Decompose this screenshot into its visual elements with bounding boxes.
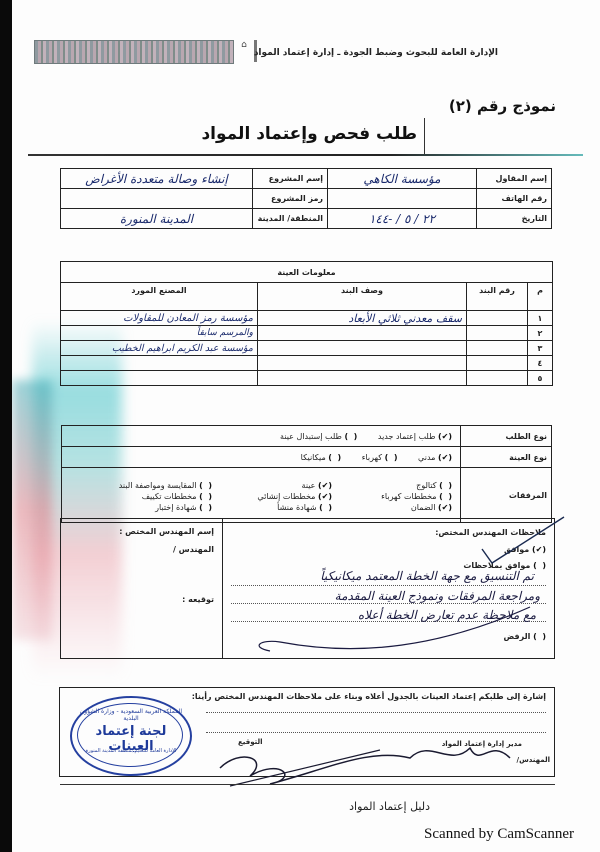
approval-stamp: المملكة العربية السعودية - وزارة الشؤون … [70, 696, 192, 776]
attachment-test-certificate[interactable]: ( ) شهادة إختبار [62, 503, 212, 512]
signature-label: توقيعه : [182, 595, 214, 604]
sample-type-options: (✔) مدني ( ) كهرباء ( ) ميكانيكا [62, 447, 461, 468]
option-civil[interactable]: (✔) مدني [418, 453, 452, 462]
sample-caption: معلومات العينة [61, 262, 553, 283]
sample-info-table: معلومات العينة م رقم البند وصف البند الم… [60, 261, 553, 386]
option-replace-sample[interactable]: ( ) طلب إستبدال عينة [280, 432, 357, 441]
empty-checkbox-icon: ( ) [439, 492, 452, 501]
contractor-label: إسم المقاول [477, 169, 552, 189]
empty-checkbox-icon: ( ) [328, 453, 341, 462]
table-row: ٣ مؤسسة عبد الكريم ابراهيم الخطيب [61, 341, 553, 356]
option-label: طلب إستبدال عينة [280, 432, 342, 441]
table-row: ٥ [61, 371, 553, 386]
option-label: مدني [418, 453, 435, 462]
empty-checkbox-icon: ( ) [199, 492, 212, 501]
empty-checkbox-icon: ( ) [199, 481, 212, 490]
row-description [258, 341, 467, 356]
project-code-value [61, 189, 253, 209]
option-label: شهادة منشأ [277, 503, 316, 512]
engineer-label: المهندس / [173, 545, 214, 554]
row-index: ٥ [528, 371, 553, 386]
col-manufacturer-header: المصنع المورد [61, 283, 258, 311]
attachments-options: ( ) كتالوج (✔) عينة ( ) المقايسة ومواصفة… [62, 468, 461, 523]
attachment-structural-drawings[interactable]: (✔) مخططات إنشائي [212, 492, 332, 501]
stamp-top-text: المملكة العربية السعودية - وزارة الشؤون … [72, 708, 190, 722]
empty-checkbox-icon: ( ) [344, 432, 357, 441]
attachment-warranty[interactable]: (✔) الضمان [332, 503, 452, 512]
attachment-sample[interactable]: (✔) عينة [212, 481, 332, 490]
row-index: ١ [528, 311, 553, 326]
attachment-electrical-drawings[interactable]: ( ) مخططات كهرباء [332, 492, 452, 501]
option-label: المقايسة ومواصفة البند [119, 481, 197, 490]
engineer-notes-panel: ملاحظات المهندس المختص: (✔) موافق ( ) مو… [224, 519, 554, 658]
attachment-catalog[interactable]: ( ) كتالوج [332, 481, 452, 490]
title-rule [28, 154, 583, 156]
sample-type-label: نوع العينة [461, 447, 552, 468]
option-mechanical[interactable]: ( ) ميكانيكا [301, 453, 342, 462]
header-banner-image [34, 40, 234, 64]
notes-line [231, 585, 546, 586]
option-label: ميكانيكا [301, 453, 326, 462]
request-type-options: (✔) طلب إعتماد جديد ( ) طلب إستبدال عينة [62, 426, 461, 447]
handwriting-stroke [240, 587, 540, 657]
project-value: إنشاء وصالة متعددة الأغراض [61, 169, 253, 189]
option-label: شهادة إختبار [155, 503, 196, 512]
row-index: ٤ [528, 356, 553, 371]
director-signature [210, 728, 520, 788]
option-new-approval[interactable]: (✔) طلب إعتماد جديد [378, 432, 452, 441]
approval-line [206, 712, 546, 713]
color-stain-edge [12, 380, 52, 640]
check-stroke-icon [478, 513, 568, 573]
project-info-table: إسم المقاول مؤسسة الكاهي إسم المشروع إنش… [60, 168, 552, 229]
footer-rule [60, 784, 555, 785]
col-index-header: م [528, 283, 553, 311]
table-row: ٤ [61, 356, 553, 371]
col-item-code-header: رقم البند [467, 283, 528, 311]
approval-engineer-label: المهندس/ [517, 756, 550, 764]
engineer-notes-section: ملاحظات المهندس المختص: (✔) موافق ( ) مو… [60, 518, 555, 659]
checkmark-icon: (✔) [438, 503, 452, 512]
row-item-code [467, 311, 528, 326]
row-manufacturer: مؤسسة رمز المعادن للمقاولات [61, 311, 258, 326]
row-item-code [467, 326, 528, 341]
emblem-icon: ⌂ [238, 40, 250, 62]
option-label: مخططات إنشائي [257, 492, 315, 501]
row-manufacturer: مؤسسة عبد الكريم ابراهيم الخطيب [61, 341, 258, 356]
request-type-label: نوع الطلب [461, 426, 552, 447]
approval-text: إشارة إلى طلبكم إعتماد العينات بالجدول أ… [192, 692, 546, 701]
option-label: الضمان [411, 503, 436, 512]
project-code-label: رمز المشروع [253, 189, 328, 209]
option-label: كهرباء [362, 453, 382, 462]
row-description: سقف معدني ثلاثي الأبعاد [258, 311, 467, 326]
contractor-value: مؤسسة الكاهي [328, 169, 477, 189]
project-label: إسم المشروع [253, 169, 328, 189]
checkmark-icon: (✔) [438, 432, 452, 441]
row-manufacturer [61, 356, 258, 371]
attachment-bill-of-quantities[interactable]: ( ) المقايسة ومواصفة البند [62, 481, 212, 490]
checkmark-icon: (✔) [318, 481, 332, 490]
table-row: ٢ والمرسم سابقاً [61, 326, 553, 341]
row-item-code [467, 341, 528, 356]
option-electrical[interactable]: ( ) كهرباء [362, 453, 398, 462]
row-item-code [467, 356, 528, 371]
empty-checkbox-icon: ( ) [319, 503, 332, 512]
empty-checkbox-icon: ( ) [385, 453, 398, 462]
empty-checkbox-icon: ( ) [199, 503, 212, 512]
option-label: كتالوج [416, 481, 436, 490]
col-description-header: وصف البند [258, 283, 467, 311]
request-type-table: نوع الطلب (✔) طلب إعتماد جديد ( ) طلب إس… [61, 425, 552, 523]
stamp-bottom-text: الإدارة العامة للتعليم بمنطقة المدينة ال… [72, 748, 190, 754]
option-label: مخططات كهرباء [381, 492, 436, 501]
option-label: مخططات تكييف [142, 492, 197, 501]
approval-section: إشارة إلى طلبكم إعتماد العينات بالجدول أ… [59, 687, 555, 777]
row-index: ٢ [528, 326, 553, 341]
row-description [258, 371, 467, 386]
row-manufacturer: والمرسم سابقاً [61, 326, 258, 341]
form-number: نموذج رقم (٢) [449, 97, 556, 115]
option-label: طلب إعتماد جديد [378, 432, 436, 441]
region-label: المنطقة/ المدينة [253, 209, 328, 229]
checkmark-icon: (✔) [318, 492, 332, 501]
date-label: التاريخ [477, 209, 552, 229]
phone-value [328, 189, 477, 209]
organization-name: الإدارة العامة للبحوث وضبط الجودة ـ إدار… [254, 48, 498, 58]
engineer-name-panel: إسم المهندس المختص : المهندس / توقيعه : [61, 519, 223, 658]
checkmark-icon: (✔) [438, 453, 452, 462]
row-index: ٣ [528, 341, 553, 356]
row-manufacturer [61, 371, 258, 386]
region-value: المدينة المنورة [61, 209, 253, 229]
scanner-watermark: Scanned by CamScanner [424, 826, 574, 843]
scanned-page: ⌂ الإدارة العامة للبحوث وضبط الجودة ـ إد… [12, 0, 600, 852]
engineer-name-label: إسم المهندس المختص : [119, 527, 214, 536]
phone-label: رقم الهاتف [477, 189, 552, 209]
attachment-origin-certificate[interactable]: ( ) شهادة منشأ [212, 503, 332, 512]
row-description [258, 326, 467, 341]
footer-guide: دليل إعتماد المواد [349, 800, 430, 813]
date-value: ٢٢ / ٥ / -١٤٤ [328, 209, 477, 229]
attachment-hvac-drawings[interactable]: ( ) مخططات تكييف [62, 492, 212, 501]
form-title: طلب فحص وإعتماد المواد [201, 124, 417, 144]
option-label: عينة [302, 481, 316, 490]
row-item-code [467, 371, 528, 386]
empty-checkbox-icon: ( ) [439, 481, 452, 490]
row-description [258, 356, 467, 371]
table-row: ١ سقف معدني ثلاثي الأبعاد مؤسسة رمز المع… [61, 311, 553, 326]
